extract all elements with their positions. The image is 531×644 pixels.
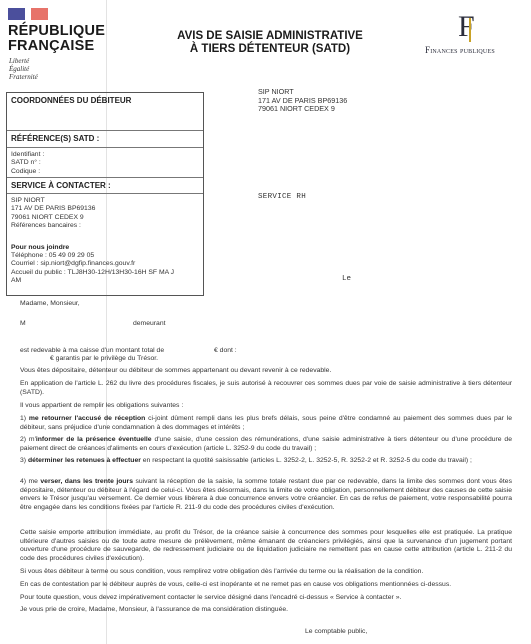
obligation-2: 2) m'informer de la présence éventuelle … (20, 436, 512, 453)
motto-liberte: Liberté (9, 57, 38, 65)
obligation-3: 3) déterminer les retenues à effectuer e… (20, 457, 512, 466)
debtor-line: M demeurant (20, 320, 512, 329)
republique-francaise-logo: RÉPUBLIQUE FRANÇAISE (8, 24, 105, 54)
service-line: SIP NIORT (11, 197, 199, 205)
contact-email[interactable]: Courriel : sip.niort@dgfip.finances.gouv… (11, 260, 199, 268)
signature: Le comptable public, (305, 628, 505, 637)
address-line: 79061 NIORT CEDEX 9 (258, 105, 347, 114)
references-heading: RÉFÉRENCE(S) SATD : (7, 131, 203, 143)
bank-references-label: Références bancaires : (11, 222, 199, 230)
paragraph-attribution: Cette saisie emporte attribution immédia… (20, 529, 512, 563)
obligation-bold: informer de la présence éventuelle (36, 436, 152, 443)
sender-address: SIP NIORT 171 AV DE PARIS BP69136 79061 … (258, 88, 347, 114)
obligation-text: en respectant la quotité saisissable (ar… (141, 457, 472, 464)
m-label: M (20, 320, 26, 327)
contact-phone: Téléphone : 05 49 09 29 05 (11, 252, 199, 260)
guaranteed-amount: € garantis par le privilège du Trésor. (50, 355, 450, 364)
salutation: Madame, Monsieur, (20, 300, 512, 309)
paragraph-closing: Je vous prie de croire, Madame, Monsieur… (20, 606, 512, 615)
title-line2: À TIERS DÉTENTEUR (SATD) (160, 43, 380, 56)
coordonnees-section: COORDONNÉES DU DÉBITEUR (7, 93, 203, 131)
ref-codique: Codique : (11, 168, 199, 176)
obligation-number: 2) m' (20, 436, 36, 443)
date-label: Le (342, 275, 351, 283)
finances-publiques-text: Finances publiques (425, 45, 495, 55)
service-heading-section: SERVICE À CONTACTER : (7, 178, 203, 194)
service-line: 79061 NIORT CEDEX 9 (11, 214, 199, 222)
coordonnees-heading: COORDONNÉES DU DÉBITEUR (7, 93, 203, 105)
republic-line1: RÉPUBLIQUE (8, 24, 105, 39)
obligation-bold: me retourner l'accusé de réception (29, 415, 145, 422)
service-line: 171 AV DE PARIS BP69136 (11, 205, 199, 213)
obligation-number: 1) (20, 415, 29, 422)
obligation-bold: verser, dans les trente jours (40, 478, 133, 485)
motto-egalite: Égalité (9, 65, 38, 73)
paragraph-terme: Si vous êtes débiteur à terme ou sous co… (20, 568, 512, 577)
references-section: Identifiant : SATD n° : Codique : (7, 148, 203, 178)
contact-hours-cont: AM (11, 277, 199, 285)
document-title: AVIS DE SAISIE ADMINISTRATIVE À TIERS DÉ… (160, 30, 380, 56)
fp-accent-bar (469, 18, 471, 42)
contact-hours: Accueil du public : TLJ8H30-12H/13H30-16… (11, 269, 199, 277)
obligation-bold: déterminer les retenues à effectuer (28, 457, 141, 464)
obligation-number: 4) me (20, 478, 40, 485)
service-heading: SERVICE À CONTACTER : (7, 178, 203, 190)
obligation-number: 3) (20, 457, 28, 464)
obligation-1: 1) me retourner l'accusé de réception ci… (20, 415, 512, 432)
paragraph-contestation: En cas de contestation par le débiteur a… (20, 581, 512, 590)
paragraph-application: En application de l'article L. 262 du li… (20, 380, 512, 397)
references-heading-section: RÉFÉRENCE(S) SATD : (7, 131, 203, 148)
demeurant-label: demeurant (133, 320, 166, 329)
service-section: SIP NIORT 171 AV DE PARIS BP69136 79061 … (7, 194, 203, 286)
ref-satd-number: SATD n° : (11, 159, 199, 167)
republic-motto: Liberté Égalité Fraternité (9, 57, 38, 81)
contact-heading: Pour nous joindre (11, 244, 199, 252)
french-flag-icon (8, 8, 48, 20)
amount-text: est redevable à ma caisse d'un montant t… (20, 347, 164, 354)
paragraph-question: Pour toute question, vous devez impérati… (20, 594, 512, 603)
title-line1: AVIS DE SAISIE ADMINISTRATIVE (160, 30, 380, 43)
recipient-name: SERVICE RH (258, 193, 306, 201)
paragraph-obligations: Il vous appartient de remplir les obliga… (20, 402, 512, 411)
republic-line2: FRANÇAISE (8, 39, 105, 54)
fp-glyph: F (458, 12, 475, 42)
motto-fraternite: Fraternité (9, 73, 38, 81)
obligation-4: 4) me verser, dans les trente jours suiv… (20, 478, 512, 512)
paragraph-depositaire: Vous êtes dépositaire, détenteur ou débi… (20, 367, 512, 376)
debtor-info-box: COORDONNÉES DU DÉBITEUR RÉFÉRENCE(S) SAT… (6, 92, 204, 296)
